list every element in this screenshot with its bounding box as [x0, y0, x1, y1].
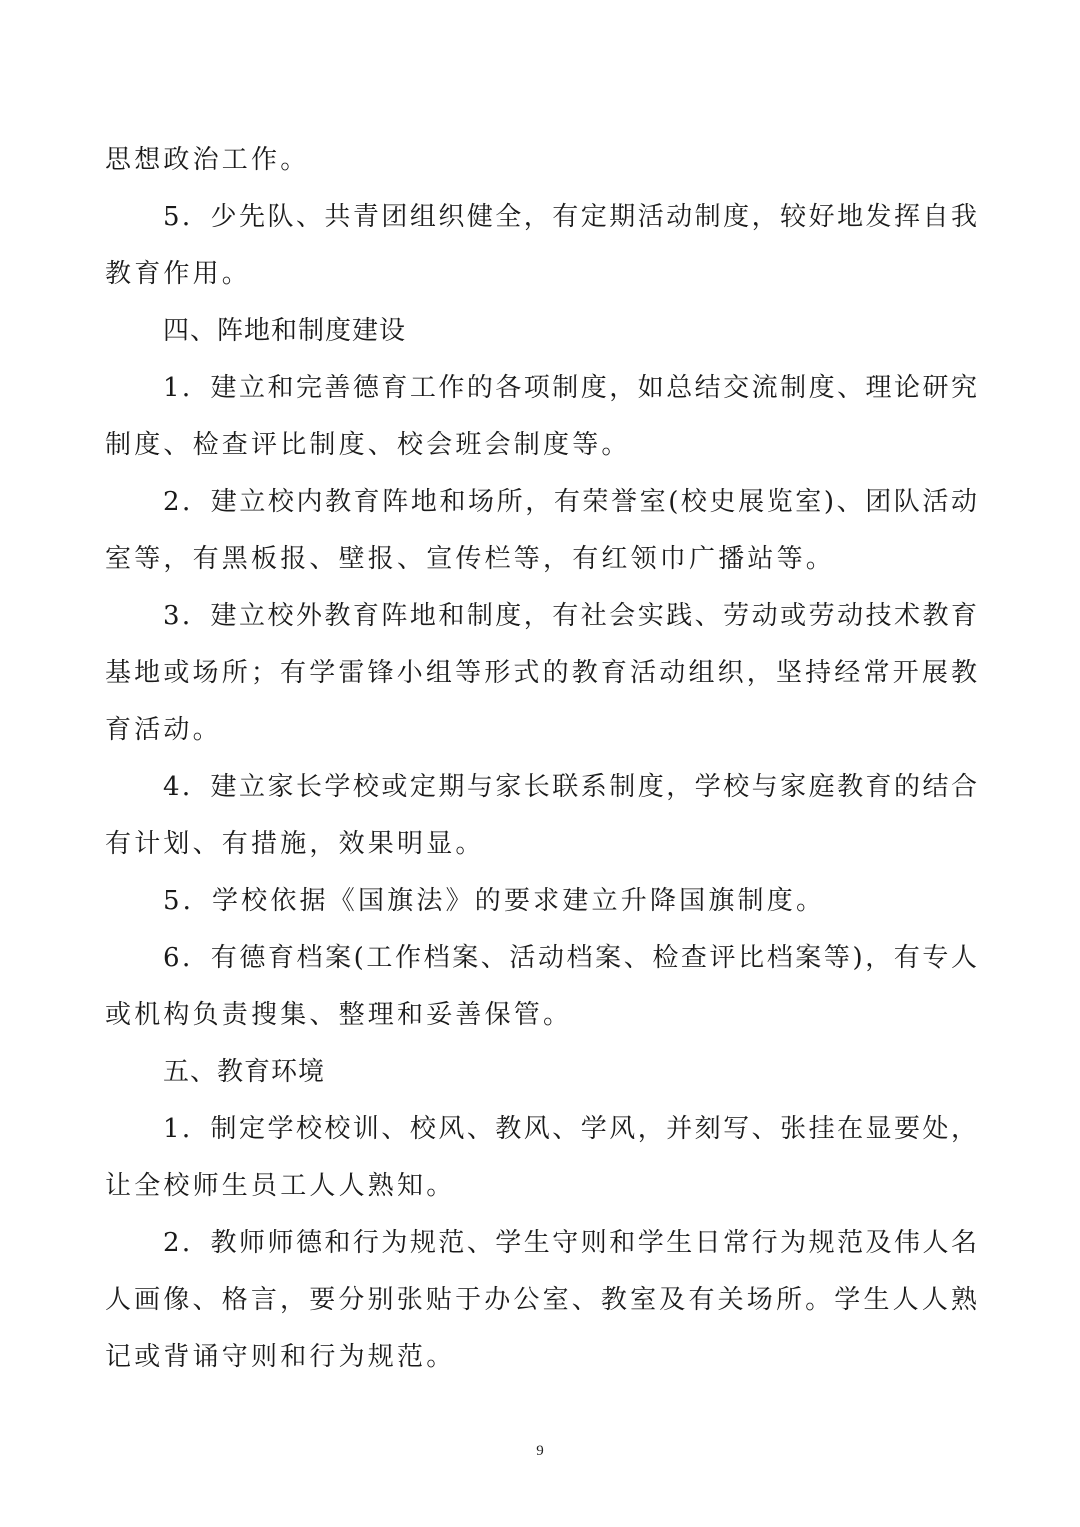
text-line: 有计划、有措施，效果明显。: [105, 824, 485, 864]
text-line: 5．学校依据《国旗法》的要求建立升降国旗制度。: [163, 881, 825, 921]
section-heading: 五、教育环境: [163, 1052, 325, 1092]
text-line: 教育作用。: [105, 254, 251, 294]
text-line: 4．建立家长学校或定期与家长联系制度，学校与家庭教育的结合: [163, 767, 977, 807]
text-line: 5．少先队、共青团组织健全，有定期活动制度，较好地发挥自我: [163, 197, 977, 237]
text-line: 2．教师师德和行为规范、学生守则和学生日常行为规范及伟人名: [163, 1223, 977, 1263]
text-line: 思想政治工作。: [105, 140, 309, 180]
text-line: 2．建立校内教育阵地和场所，有荣誉室(校史展览室)、团队活动: [163, 482, 977, 522]
text-line: 6．有德育档案(工作档案、活动档案、检查评比档案等)，有专人: [163, 938, 977, 978]
text-line: 育活动。: [105, 710, 222, 750]
text-line: 制度、检查评比制度、校会班会制度等。: [105, 425, 631, 465]
page-number: 9: [0, 1443, 1080, 1460]
text-line: 1．建立和完善德育工作的各项制度，如总结交流制度、理论研究: [163, 368, 977, 408]
text-line: 或机构负责搜集、整理和妥善保管。: [105, 995, 572, 1035]
text-line: 记或背诵守则和行为规范。: [105, 1337, 455, 1377]
text-line: 3．建立校外教育阵地和制度，有社会实践、劳动或劳动技术教育: [163, 596, 977, 636]
text-line: 室等，有黑板报、壁报、宣传栏等，有红领巾广播站等。: [105, 539, 835, 579]
section-heading: 四、阵地和制度建设: [163, 311, 406, 351]
text-line: 人画像、格言，要分别张贴于办公室、教室及有关场所。学生人人熟: [105, 1280, 977, 1320]
text-line: 让全校师生员工人人熟知。: [105, 1166, 455, 1206]
text-line: 1．制定学校校训、校风、教风、学风，并刻写、张挂在显要处，: [163, 1109, 977, 1149]
text-line: 基地或场所；有学雷锋小组等形式的教育活动组织，坚持经常开展教: [105, 653, 977, 693]
